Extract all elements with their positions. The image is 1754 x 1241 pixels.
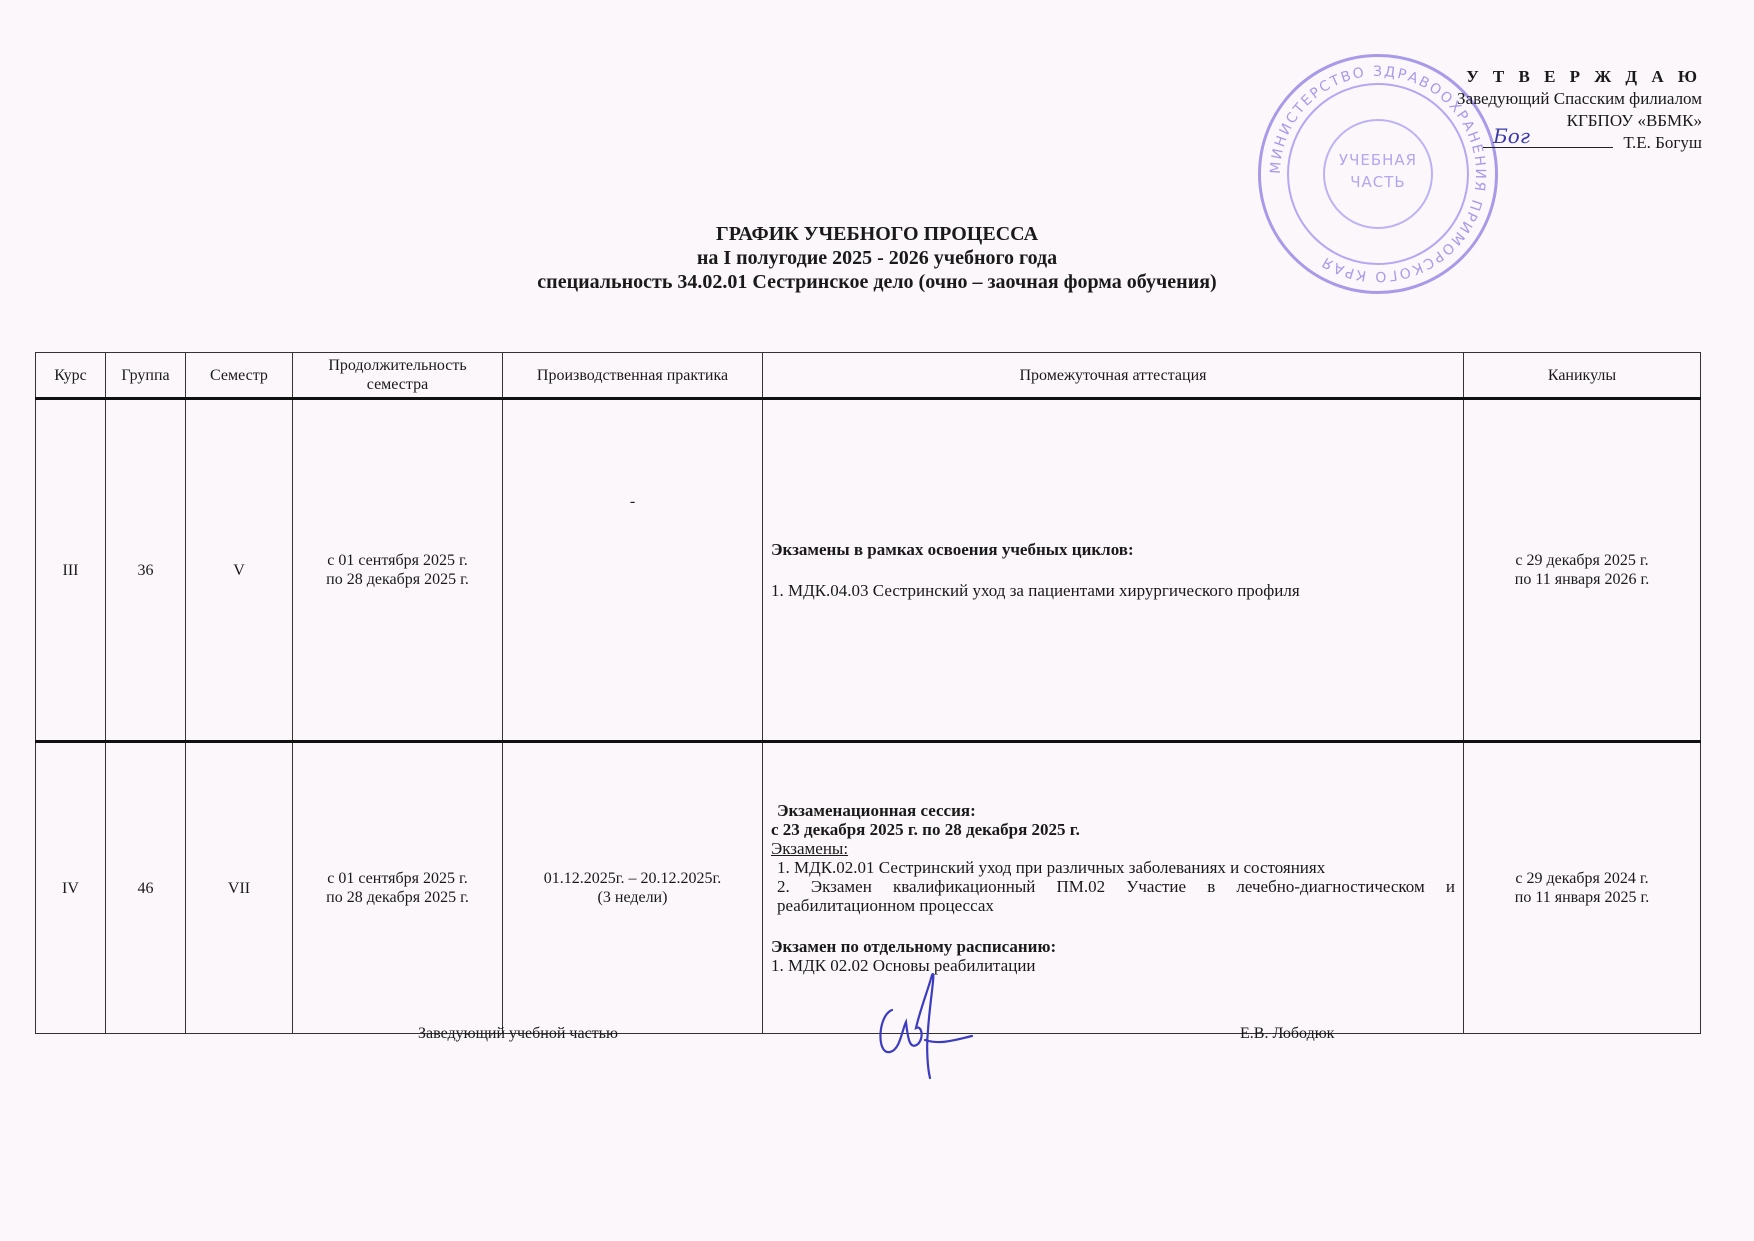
header-group: Группа bbox=[106, 353, 186, 399]
signature-scribble: Бог bbox=[1493, 125, 1530, 147]
attestation-heading: Экзамены в рамках освоения учебных цикло… bbox=[771, 540, 1455, 559]
schedule-table: Курс Группа Семестр Продолжительность се… bbox=[35, 352, 1701, 1034]
cell-duration: с 01 сентября 2025 г. по 28 декабря 2025… bbox=[293, 399, 503, 742]
cell-group: 46 bbox=[106, 742, 186, 1034]
session-dates: с 23 декабря 2025 г. по 28 декабря 2025 … bbox=[771, 820, 1455, 839]
header-duration: Продолжительность семестра bbox=[293, 353, 503, 399]
header-semester: Семестр bbox=[186, 353, 293, 399]
title-line2: на I полугодие 2025 - 2026 учебного года bbox=[0, 246, 1754, 270]
cell-course: IV bbox=[36, 742, 106, 1034]
exam-item-1: 1. МДК.02.01 Сестринский уход при различ… bbox=[771, 858, 1455, 877]
cell-semester: VII bbox=[186, 742, 293, 1034]
header-holidays: Каникулы bbox=[1464, 353, 1701, 399]
session-heading: Экзаменационная сессия: bbox=[771, 801, 1455, 820]
cell-semester: V bbox=[186, 399, 293, 742]
practice-duration: (3 недели) bbox=[509, 888, 756, 907]
header-course: Курс bbox=[36, 353, 106, 399]
approval-signature-row: Бог Т.Е. Богуш bbox=[1457, 132, 1702, 154]
approval-heading: У Т В Е Р Ж Д А Ю bbox=[1457, 66, 1702, 88]
signature-line: Бог bbox=[1483, 133, 1613, 148]
footer-name: Е.В. Лободюк bbox=[1240, 1025, 1334, 1043]
document-title: ГРАФИК УЧЕБНОГО ПРОЦЕССА на I полугодие … bbox=[0, 222, 1754, 294]
cell-holidays: с 29 декабря 2025 г. по 11 января 2026 г… bbox=[1464, 399, 1701, 742]
signature-icon bbox=[870, 970, 990, 1080]
cell-attestation: Экзаменационная сессия: с 23 декабря 202… bbox=[763, 742, 1464, 1034]
header-practice: Производственная практика bbox=[503, 353, 763, 399]
approval-block: У Т В Е Р Ж Д А Ю Заведующий Спасским фи… bbox=[1457, 66, 1702, 154]
duration-end: по 28 декабря 2025 г. bbox=[299, 570, 496, 589]
attestation-item: 1. МДК.04.03 Сестринский уход за пациент… bbox=[771, 581, 1455, 600]
table-row: IV 46 VII с 01 сентября 2025 г. по 28 де… bbox=[36, 742, 1701, 1034]
exams-label: Экзамены: bbox=[771, 839, 1455, 858]
approver-name: Т.Е. Богуш bbox=[1623, 133, 1702, 152]
cell-duration: с 01 сентября 2025 г. по 28 декабря 2025… bbox=[293, 742, 503, 1034]
footer-position: Заведующий учебной частью bbox=[418, 1025, 618, 1043]
header-attestation: Промежуточная аттестация bbox=[763, 353, 1464, 399]
cell-course: III bbox=[36, 399, 106, 742]
duration-start: с 01 сентября 2025 г. bbox=[299, 551, 496, 570]
practice-dates: 01.12.2025г. – 20.12.2025г. bbox=[509, 869, 756, 888]
holidays-end: по 11 января 2026 г. bbox=[1470, 570, 1694, 589]
holidays-start: с 29 декабря 2025 г. bbox=[1470, 551, 1694, 570]
duration-end: по 28 декабря 2025 г. bbox=[299, 888, 496, 907]
title-line1: ГРАФИК УЧЕБНОГО ПРОЦЕССА bbox=[0, 222, 1754, 246]
stamp-center-line2: ЧАСТЬ bbox=[1261, 171, 1495, 193]
table-header-row: Курс Группа Семестр Продолжительность се… bbox=[36, 353, 1701, 399]
cell-attestation: Экзамены в рамках освоения учебных цикло… bbox=[763, 399, 1464, 742]
duration-start: с 01 сентября 2025 г. bbox=[299, 869, 496, 888]
exam-item-2: 2. Экзамен квалификационный ПМ.02 Участи… bbox=[771, 877, 1455, 915]
cell-practice: - bbox=[503, 399, 763, 742]
approval-position-line1: Заведующий Спасским филиалом bbox=[1457, 88, 1702, 110]
title-line3: специальность 34.02.01 Сестринское дело … bbox=[0, 270, 1754, 294]
stamp-center-text: УЧЕБНАЯ ЧАСТЬ bbox=[1261, 149, 1495, 193]
holidays-end: по 11 января 2025 г. bbox=[1470, 888, 1694, 907]
table-row: III 36 V с 01 сентября 2025 г. по 28 дек… bbox=[36, 399, 1701, 742]
cell-holidays: с 29 декабря 2024 г. по 11 января 2025 г… bbox=[1464, 742, 1701, 1034]
separate-exam-heading: Экзамен по отдельному расписанию: bbox=[771, 937, 1455, 956]
practice-dates: - bbox=[509, 492, 756, 511]
cell-group: 36 bbox=[106, 399, 186, 742]
holidays-start: с 29 декабря 2024 г. bbox=[1470, 869, 1694, 888]
cell-practice: 01.12.2025г. – 20.12.2025г. (3 недели) bbox=[503, 742, 763, 1034]
